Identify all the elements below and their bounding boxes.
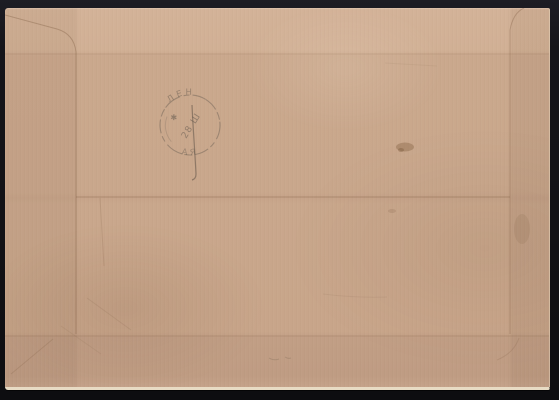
- postmark: ✱ 28 Ш ЛЕН АЯ: [143, 77, 234, 168]
- stain-mark: [514, 214, 530, 244]
- crease-line: [87, 298, 131, 330]
- envelope-back: ✱ 28 Ш ЛЕН АЯ: [5, 8, 550, 390]
- postmark-arc-text: АЯ: [177, 140, 203, 165]
- bottom-left-fold-line: [11, 339, 53, 374]
- envelope-folds-overlay: ✱ 28 Ш ЛЕН АЯ: [5, 8, 549, 387]
- crease-line: [323, 294, 387, 297]
- bottom-right-fold-line: [497, 338, 519, 360]
- crease-line: [100, 198, 104, 266]
- stain-mark: [388, 209, 396, 213]
- stain-mark: [398, 148, 404, 152]
- right-flap-fold-line: [510, 8, 524, 334]
- pencil-smudge: [269, 357, 291, 360]
- crease-line: [61, 326, 101, 354]
- crease-line: [385, 63, 437, 66]
- postmark-arc-text: ЛЕН: [163, 77, 199, 114]
- postmark-star: ✱: [169, 112, 180, 123]
- photo-background: ✱ 28 Ш ЛЕН АЯ: [0, 0, 559, 400]
- postmark-date: 28 Ш: [180, 112, 203, 141]
- left-flap-fold-line: [5, 15, 76, 334]
